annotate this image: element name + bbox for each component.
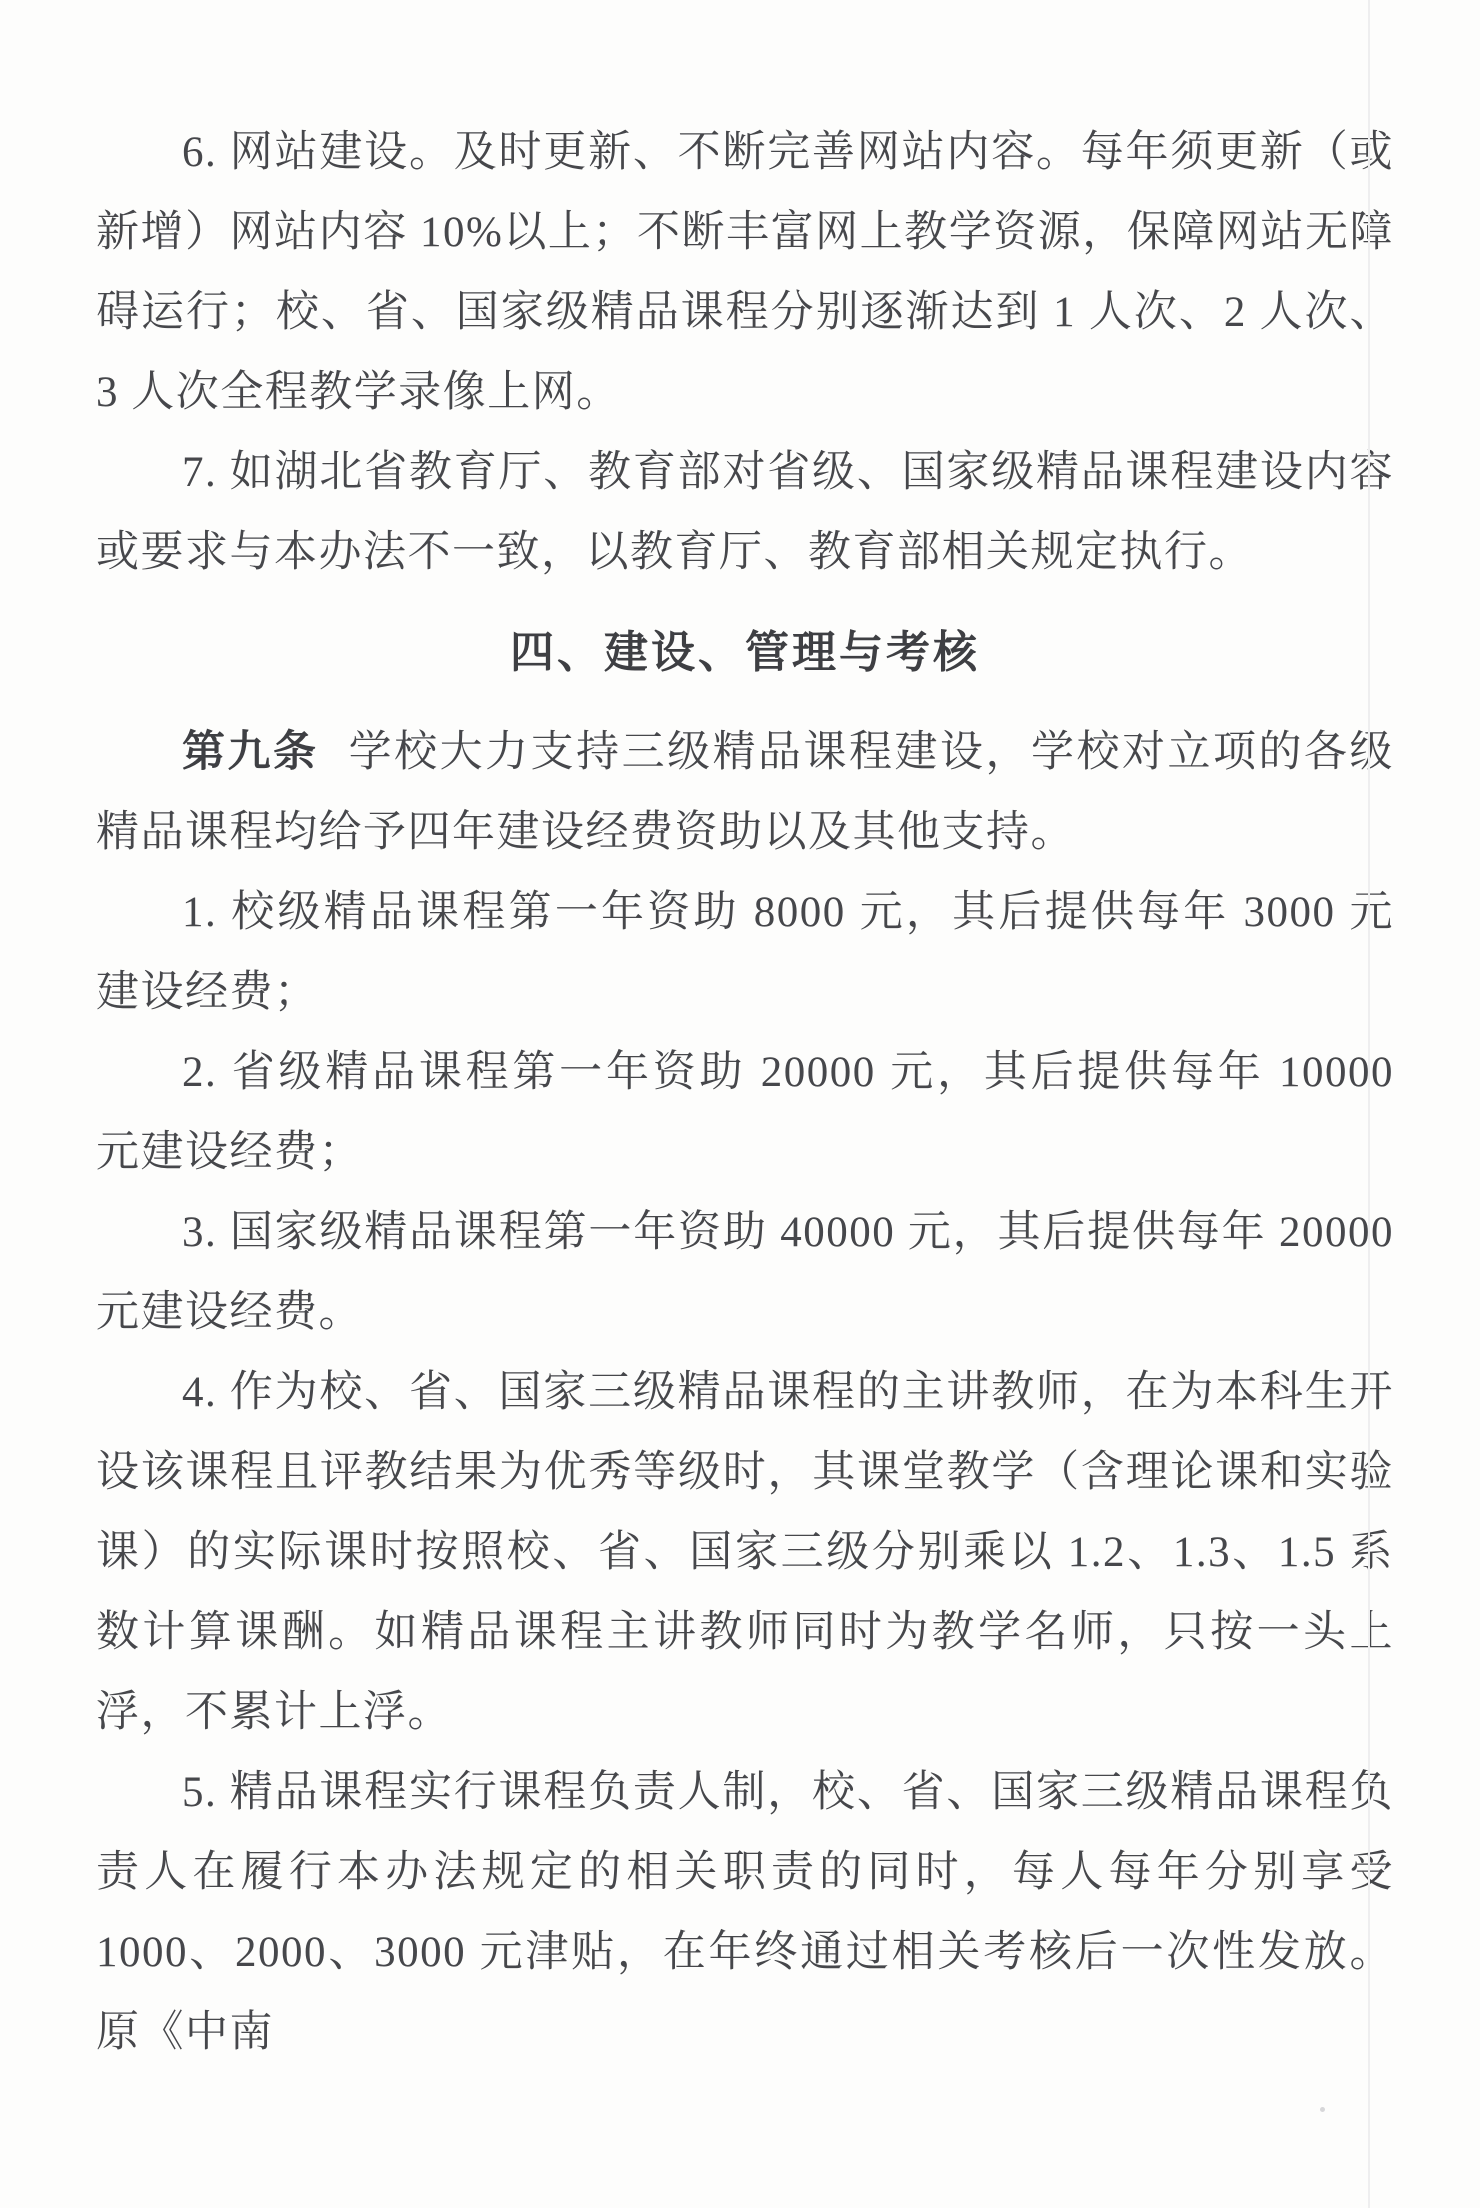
- paragraph-item-7: 7. 如湖北省教育厅、教育部对省级、国家级精品课程建设内容或要求与本办法不一致，…: [96, 433, 1394, 593]
- paragraph-item-6: 6. 网站建设。及时更新、不断完善网站内容。每年须更新（或新增）网站内容 10%…: [96, 113, 1394, 433]
- section-heading: 四、建设、管理与考核: [96, 613, 1394, 693]
- paragraph-article-9: 第九条学校大力支持三级精品课程建设，学校对立项的各级精品课程均给予四年建设经费资…: [96, 713, 1394, 873]
- paragraph-course-leader-allowance: 5. 精品课程实行课程负责人制，校、省、国家三级精品课程负责人在履行本办法规定的…: [96, 1753, 1394, 2073]
- document-page: 6. 网站建设。及时更新、不断完善网站内容。每年须更新（或新增）网站内容 10%…: [0, 0, 1480, 2208]
- paragraph-teaching-pay-coefficient: 4. 作为校、省、国家三级精品课程的主讲教师，在为本科生开设该课程且评教结果为优…: [96, 1353, 1394, 1753]
- paragraph-funding-school: 1. 校级精品课程第一年资助 8000 元，其后提供每年 3000 元建设经费；: [96, 873, 1394, 1033]
- scan-page-edge: [1368, 0, 1370, 2208]
- paragraph-funding-national: 3. 国家级精品课程第一年资助 40000 元，其后提供每年 20000 元建设…: [96, 1193, 1394, 1353]
- paragraph-funding-province: 2. 省级精品课程第一年资助 20000 元，其后提供每年 10000 元建设经…: [96, 1033, 1394, 1193]
- article-number: 第九条: [182, 729, 319, 776]
- scan-speck: [1320, 2107, 1325, 2112]
